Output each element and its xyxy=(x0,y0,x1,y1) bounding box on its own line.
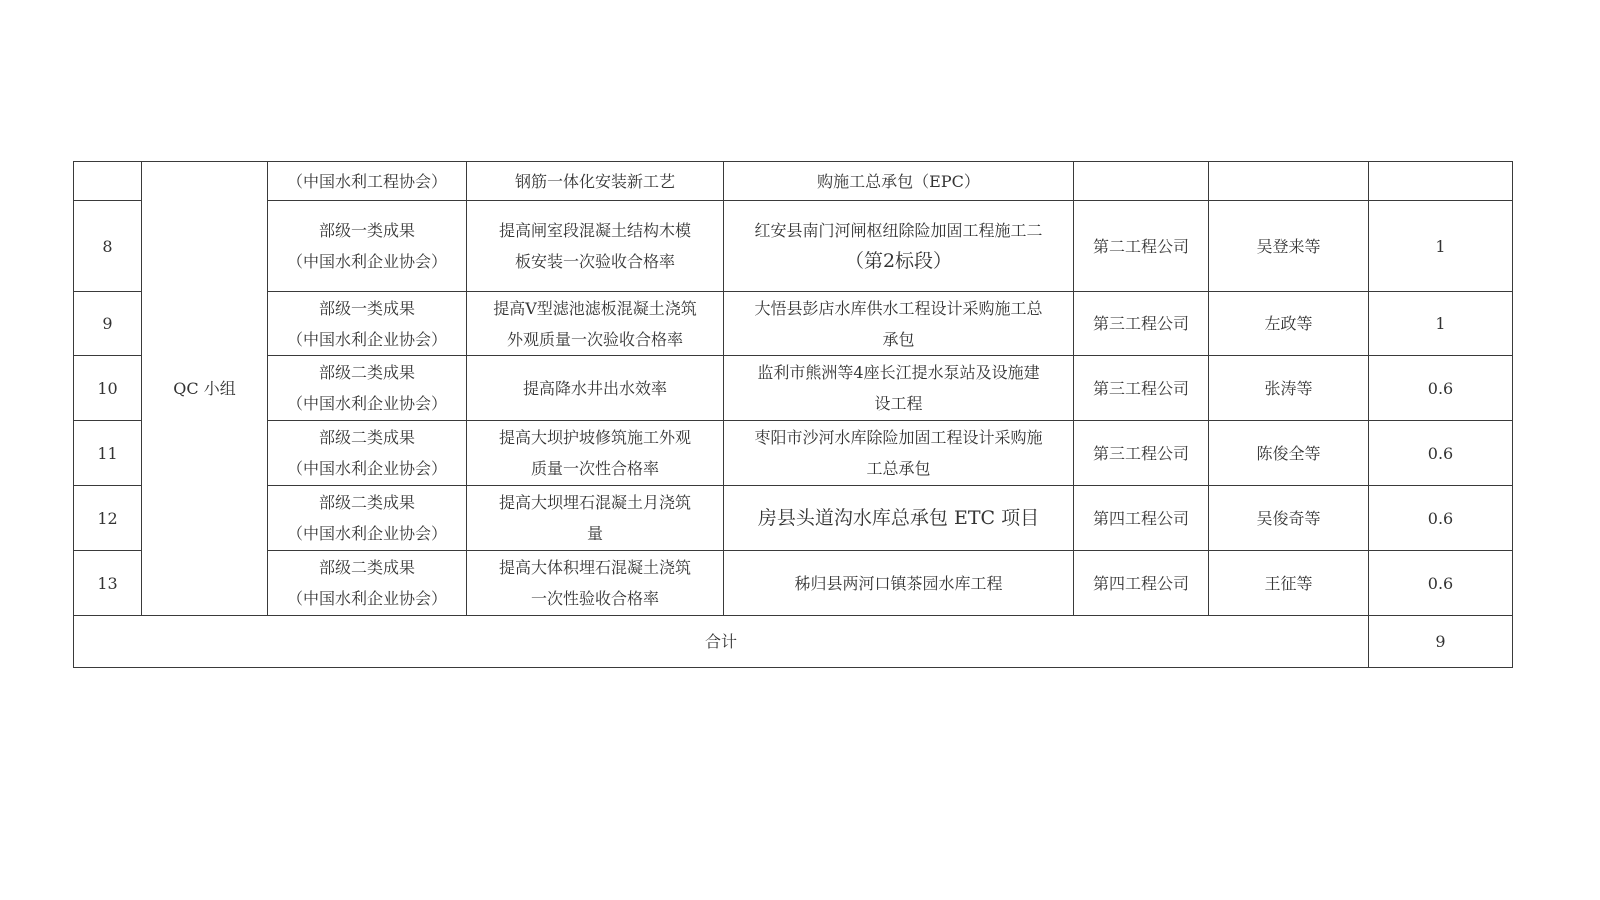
cell-company: 第三工程公司 xyxy=(1074,421,1209,486)
cell-company xyxy=(1074,162,1209,201)
cell-company: 第二工程公司 xyxy=(1074,201,1209,292)
cell-no: 13 xyxy=(74,551,142,616)
cell-score: 0.6 xyxy=(1369,421,1513,486)
cell-score: 0.6 xyxy=(1369,551,1513,616)
total-value: 9 xyxy=(1369,616,1513,668)
cell-project: 购施工总承包（EPC） xyxy=(724,162,1074,201)
cell-level: 部级一类成果（中国水利企业协会） xyxy=(268,201,467,292)
cell-company: 第三工程公司 xyxy=(1074,356,1209,421)
cell-no: 10 xyxy=(74,356,142,421)
cell-no xyxy=(74,162,142,201)
cell-topic: 提高大体积埋石混凝土浇筑一次性验收合格率 xyxy=(467,551,724,616)
cell-topic: 提高闸室段混凝土结构木模板安装一次验收合格率 xyxy=(467,201,724,292)
table-row: 8 部级一类成果（中国水利企业协会） 提高闸室段混凝土结构木模板安装一次验收合格… xyxy=(74,201,1513,292)
cell-no: 11 xyxy=(74,421,142,486)
awards-table: QC 小组 （中国水利工程协会） 钢筋一体化安装新工艺 购施工总承包（EPC） … xyxy=(73,161,1513,668)
cell-project: 监利市熊洲等4座长江提水泵站及设施建设工程 xyxy=(724,356,1074,421)
cell-level: 部级二类成果（中国水利企业协会） xyxy=(268,356,467,421)
cell-level: 部级二类成果（中国水利企业协会） xyxy=(268,486,467,551)
table-row: 10 部级二类成果（中国水利企业协会） 提高降水井出水效率 监利市熊洲等4座长江… xyxy=(74,356,1513,421)
table-row: 11 部级二类成果（中国水利企业协会） 提高大坝护坡修筑施工外观质量一次性合格率… xyxy=(74,421,1513,486)
total-row: 合计 9 xyxy=(74,616,1513,668)
cell-level: （中国水利工程协会） xyxy=(268,162,467,201)
cell-topic: 提高大坝埋石混凝土月浇筑量 xyxy=(467,486,724,551)
cell-project: 大悟县彭店水库供水工程设计采购施工总承包 xyxy=(724,292,1074,356)
cell-no: 12 xyxy=(74,486,142,551)
cell-people: 张涛等 xyxy=(1209,356,1369,421)
cell-topic: 钢筋一体化安装新工艺 xyxy=(467,162,724,201)
table-row: 9 部级一类成果（中国水利企业协会） 提高V型滤池滤板混凝土浇筑外观质量一次验收… xyxy=(74,292,1513,356)
cell-topic: 提高大坝护坡修筑施工外观质量一次性合格率 xyxy=(467,421,724,486)
cell-level: 部级一类成果（中国水利企业协会） xyxy=(268,292,467,356)
cell-company: 第三工程公司 xyxy=(1074,292,1209,356)
cell-people: 吴登来等 xyxy=(1209,201,1369,292)
cell-people: 王征等 xyxy=(1209,551,1369,616)
cell-category: QC 小组 xyxy=(142,162,268,616)
cell-people xyxy=(1209,162,1369,201)
table-row-continued: QC 小组 （中国水利工程协会） 钢筋一体化安装新工艺 购施工总承包（EPC） xyxy=(74,162,1513,201)
cell-level: 部级二类成果（中国水利企业协会） xyxy=(268,421,467,486)
cell-score: 0.6 xyxy=(1369,486,1513,551)
cell-project: 红安县南门河闸枢纽除险加固工程施工二（第2标段） xyxy=(724,201,1074,292)
cell-project: 房县头道沟水库总承包 ETC 项目 xyxy=(724,486,1074,551)
cell-people: 陈俊全等 xyxy=(1209,421,1369,486)
total-label: 合计 xyxy=(74,616,1369,668)
cell-no: 9 xyxy=(74,292,142,356)
cell-project: 枣阳市沙河水库除险加固工程设计采购施工总承包 xyxy=(724,421,1074,486)
cell-company: 第四工程公司 xyxy=(1074,551,1209,616)
cell-score: 1 xyxy=(1369,201,1513,292)
cell-level: 部级二类成果（中国水利企业协会） xyxy=(268,551,467,616)
table-row: 13 部级二类成果（中国水利企业协会） 提高大体积埋石混凝土浇筑一次性验收合格率… xyxy=(74,551,1513,616)
cell-score: 0.6 xyxy=(1369,356,1513,421)
cell-no: 8 xyxy=(74,201,142,292)
cell-score: 1 xyxy=(1369,292,1513,356)
cell-topic: 提高V型滤池滤板混凝土浇筑外观质量一次验收合格率 xyxy=(467,292,724,356)
cell-company: 第四工程公司 xyxy=(1074,486,1209,551)
cell-people: 左政等 xyxy=(1209,292,1369,356)
cell-score xyxy=(1369,162,1513,201)
table-row: 12 部级二类成果（中国水利企业协会） 提高大坝埋石混凝土月浇筑量 房县头道沟水… xyxy=(74,486,1513,551)
cell-project: 秭归县两河口镇茶园水库工程 xyxy=(724,551,1074,616)
cell-people: 吴俊奇等 xyxy=(1209,486,1369,551)
cell-topic: 提高降水井出水效率 xyxy=(467,356,724,421)
